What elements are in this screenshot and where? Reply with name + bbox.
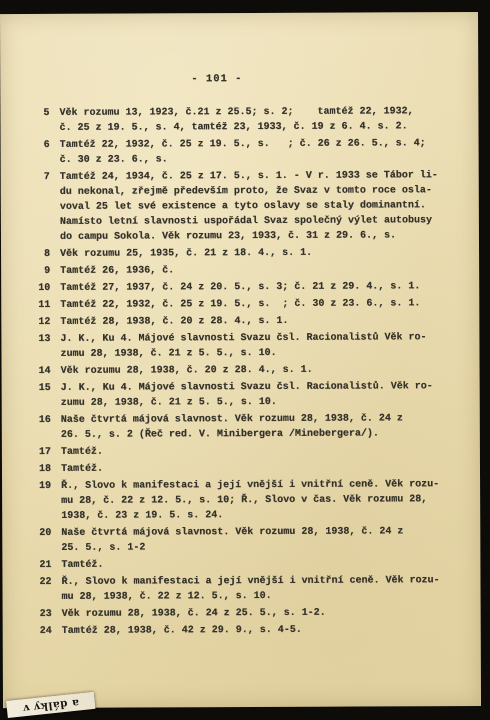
item-text: Ř., Slovo k manifestaci a její vnější i … [61, 573, 455, 605]
list-item: 12Tamtéž 28, 1938, č. 20 z 28. 4., s. 1. [30, 313, 454, 330]
page-number: - 101 - [191, 73, 242, 85]
list-item: 5Věk rozumu 13, 1923, č.21 z 25.5; s. 2;… [29, 104, 453, 136]
item-number: 18 [31, 462, 51, 477]
item-text: Tamtéž 22, 1932, č. 25 z 19. 5., s. ; č.… [60, 296, 454, 313]
list-item: 7Tamtéž 24, 1934, č. 25 z 17. 5., s. 1. … [30, 168, 454, 245]
item-number: 24 [32, 624, 52, 639]
item-number: 11 [30, 298, 50, 313]
item-number: 9 [30, 264, 50, 279]
item-text: Věk rozumu 28, 1938, č. 24 z 25. 5., s. … [62, 605, 456, 622]
item-text: Věk rozumu 13, 1923, č.21 z 25.5; s. 2; … [59, 104, 453, 136]
text-line: 26. 5., s. 2 (Řeč red. V. Minibergera /M… [61, 426, 455, 443]
item-number: 6 [30, 138, 50, 168]
text-line: Ř., Slovo k manifestaci a její vnější i … [61, 477, 455, 494]
list-item: 13J. K., Ku 4. Májové slavnosti Svazu čs… [30, 330, 454, 362]
list-item: 17Tamtéž. [31, 443, 455, 460]
text-line: du nekonal, zřejmě především proto, že S… [60, 183, 454, 200]
scrap-text: a dálky v [22, 696, 79, 714]
text-line: Tamtéž 27, 1937, č. 24 z 20. 5., s. 3; č… [60, 279, 454, 296]
list-item: 8Věk rozumu 25, 1935, č. 21 z 18. 4., s.… [30, 245, 454, 262]
document-page: - 101 - 5Věk rozumu 13, 1923, č.21 z 25.… [0, 12, 481, 708]
text-line: Tamtéž. [61, 556, 455, 573]
item-number: 19 [31, 479, 51, 524]
list-item: 11Tamtéž 22, 1932, č. 25 z 19. 5., s. ; … [30, 296, 454, 313]
text-line: mu 28, 1938, č. 22 z 12. 5., s. 10. [62, 588, 456, 605]
text-line: Tamtéž 28, 1938, č. 42 z 29. 9., s. 4-5. [62, 622, 456, 639]
list-item: 22Ř., Slovo k manifestaci a její vnější … [31, 573, 455, 605]
item-text: Tamtéž 27, 1937, č. 24 z 20. 5., s. 3; č… [60, 279, 454, 296]
text-line: Věk rozumu 25, 1935, č. 21 z 18. 4., s. … [60, 245, 454, 262]
text-line: Tamtéž. [61, 460, 455, 477]
item-number: 15 [31, 381, 51, 411]
text-line: 1938, č. 23 z 19. 5. s. 24. [61, 507, 455, 524]
list-item: 23Věk rozumu 28, 1938, č. 24 z 25. 5., s… [32, 605, 456, 622]
list-item: 24Tamtéž 28, 1938, č. 42 z 29. 9., s. 4-… [32, 622, 456, 639]
text-line: Ř., Slovo k manifestaci a její vnější i … [61, 573, 455, 590]
item-number: 5 [29, 106, 49, 136]
text-line: do campu Sokola. Věk rozumu 23, 1933, č.… [60, 228, 454, 245]
item-number: 13 [30, 332, 50, 362]
list-item: 19Ř., Slovo k manifestaci a její vnější … [31, 477, 455, 524]
item-number: 10 [30, 281, 50, 296]
item-text: Věk rozumu 25, 1935, č. 21 z 18. 4., s. … [60, 245, 454, 262]
item-number: 16 [31, 413, 51, 443]
text-line: Věk rozumu 28, 1938, č. 20 z 28. 4., s. … [61, 362, 455, 379]
text-line: Naše čtvrtá májová slavnost. Věk rozumu … [61, 411, 455, 428]
item-number: 21 [31, 558, 51, 573]
text-line: Tamtéž 28, 1938, č. 20 z 28. 4., s. 1. [60, 313, 454, 330]
text-line: Tamtéž 22, 1932, č. 25 z 19. 5., s. ; č.… [60, 136, 454, 153]
item-number: 17 [31, 445, 51, 460]
text-line: Tamtéž. [61, 443, 455, 460]
item-number: 8 [30, 247, 50, 262]
text-line: Naše čtvrtá májová slavnost. Věk rozumu … [61, 524, 455, 541]
item-text: Tamtéž 28, 1938, č. 20 z 28. 4., s. 1. [60, 313, 454, 330]
text-line: J. K., Ku 4. Májové slavnosti Svazu čsl.… [61, 379, 455, 396]
list-item: 20Naše čtvrtá májová slavnost. Věk rozum… [31, 524, 455, 556]
text-line: Namísto letní slavnosti uspořádal Svaz s… [60, 213, 454, 230]
list-item: 15J. K., Ku 4. Májové slavnosti Svazu čs… [31, 379, 455, 411]
item-number: 23 [32, 607, 52, 622]
list-item: 10Tamtéž 27, 1937, č. 24 z 20. 5., s. 3;… [30, 279, 454, 296]
item-text: Tamtéž 26, 1936, č. [60, 262, 454, 279]
text-line: 25. 5., s. 1-2 [61, 539, 455, 556]
item-text: J. K., Ku 4. Májové slavnosti Svazu čsl.… [60, 330, 454, 362]
item-text: Naše čtvrtá májová slavnost. Věk rozumu … [61, 524, 455, 556]
list-item: 18Tamtéž. [31, 460, 455, 477]
item-text: Tamtéž 24, 1934, č. 25 z 17. 5., s. 1. -… [60, 168, 454, 245]
item-text: J. K., Ku 4. Májové slavnosti Svazu čsl.… [61, 379, 455, 411]
item-text: Tamtéž. [61, 556, 455, 573]
item-number: 22 [31, 575, 51, 605]
item-text: Ř., Slovo k manifestaci a její vnější i … [61, 477, 455, 524]
item-number: 20 [31, 526, 51, 556]
list-item: 21Tamtéž. [31, 556, 455, 573]
item-text: Tamtéž. [61, 460, 455, 477]
text-line: mu 28, č. 22 z 12. 5., s. 10; Ř., Slovo … [61, 492, 455, 509]
item-text: Tamtéž 28, 1938, č. 42 z 29. 9., s. 4-5. [62, 622, 456, 639]
item-text: Tamtéž. [61, 443, 455, 460]
text-line: Tamtéž 26, 1936, č. [60, 262, 454, 279]
text-line: zumu 28, 1938, č. 21 z 5. 5., s. 10. [61, 394, 455, 411]
item-text: Tamtéž 22, 1932, č. 25 z 19. 5., s. ; č.… [60, 136, 454, 168]
text-line: Tamtéž 24, 1934, č. 25 z 17. 5., s. 1. -… [60, 168, 454, 185]
text-line: J. K., Ku 4. Májové slavnosti Svazu čsl.… [60, 330, 454, 347]
list-item: 6Tamtéž 22, 1932, č. 25 z 19. 5., s. ; č… [30, 136, 454, 168]
text-line: č. 25 z 19. 5., s. 4, tamtéž 23, 1933, č… [59, 119, 453, 136]
text-line: Věk rozumu 13, 1923, č.21 z 25.5; s. 2; … [59, 104, 453, 121]
text-line: voval 25 let své existence a tyto oslavy… [60, 198, 454, 215]
list-item: 16Naše čtvrtá májová slavnost. Věk rozum… [31, 411, 455, 443]
item-number: 12 [30, 315, 50, 330]
text-line: zumu 28, 1938, č. 21 z 5. 5., s. 10. [60, 345, 454, 362]
text-line: Věk rozumu 28, 1938, č. 24 z 25. 5., s. … [62, 605, 456, 622]
text-line: č. 30 z 23. 6., s. [60, 151, 454, 168]
item-text: Věk rozumu 28, 1938, č. 20 z 28. 4., s. … [61, 362, 455, 379]
reference-list: 5Věk rozumu 13, 1923, č.21 z 25.5; s. 2;… [29, 104, 455, 641]
list-item: 14Věk rozumu 28, 1938, č. 20 z 28. 4., s… [31, 362, 455, 379]
item-text: Naše čtvrtá májová slavnost. Věk rozumu … [61, 411, 455, 443]
text-line: Tamtéž 22, 1932, č. 25 z 19. 5., s. ; č.… [60, 296, 454, 313]
item-number: 7 [30, 170, 50, 245]
list-item: 9Tamtéž 26, 1936, č. [30, 262, 454, 279]
item-number: 14 [31, 364, 51, 379]
